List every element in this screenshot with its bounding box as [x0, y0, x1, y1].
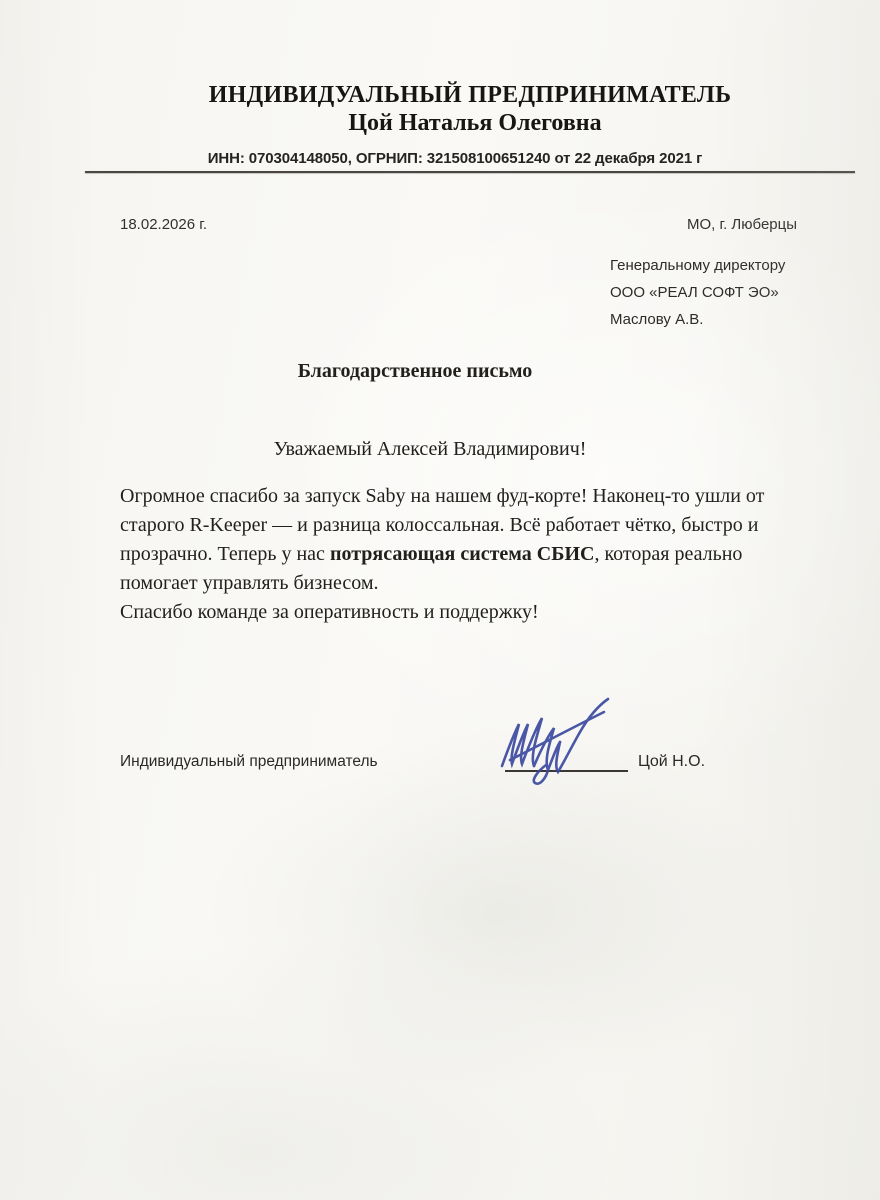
- body-line-bold-phrase: потрясающая система СБИС: [330, 543, 595, 565]
- recipient-person: Маслову А.В.: [610, 306, 785, 333]
- recipient-block: Генеральному директору ООО «РЕАЛ СОФТ ЭО…: [610, 252, 785, 333]
- body-line: Спасибо команде за оперативность и подде…: [120, 598, 810, 627]
- letterhead-company-line: ИНДИВИДУАЛЬНЫЙ ПРЕДПРИНИМАТЕЛЬ: [60, 82, 880, 109]
- signature-line: [505, 770, 628, 772]
- body-line: старого R-Keeper — и разница колоссальна…: [120, 511, 810, 540]
- handwritten-signature-ink: [492, 694, 618, 789]
- letterhead-registration-info: ИНН: 070304148050, ОГРНИП: 3215081006512…: [30, 150, 880, 167]
- body-line-segment: , которая реально: [594, 543, 742, 565]
- signatory-role: Индивидуальный предприниматель: [120, 753, 378, 771]
- recipient-position: Генеральному директору: [610, 252, 785, 279]
- letter-date: 18.02.2026 г.: [120, 216, 207, 233]
- letter-title: Благодарственное письмо: [120, 360, 710, 383]
- body-line: Огромное спасибо за запуск Saby на нашем…: [120, 482, 810, 511]
- signatory-name: Цой Н.О.: [638, 753, 705, 771]
- letter-body: Огромное спасибо за запуск Saby на нашем…: [120, 482, 810, 627]
- salutation-line: Уважаемый Алексей Владимирович!: [130, 438, 730, 461]
- body-line: помогает управлять бизнесом.: [120, 569, 810, 598]
- scanned-letter-page: ИНДИВИДУАЛЬНЫЙ ПРЕДПРИНИМАТЕЛЬ Цой Натал…: [0, 0, 880, 1200]
- letter-place: МО, г. Люберцы: [687, 216, 797, 233]
- letterhead-owner-name: Цой Наталья Олеговна: [70, 110, 880, 137]
- recipient-company: ООО «РЕАЛ СОФТ ЭО»: [610, 279, 785, 306]
- letterhead-divider: [85, 171, 855, 173]
- body-line-segment: прозрачно. Теперь у нас: [120, 543, 330, 565]
- body-line: прозрачно. Теперь у нас потрясающая сист…: [120, 540, 810, 569]
